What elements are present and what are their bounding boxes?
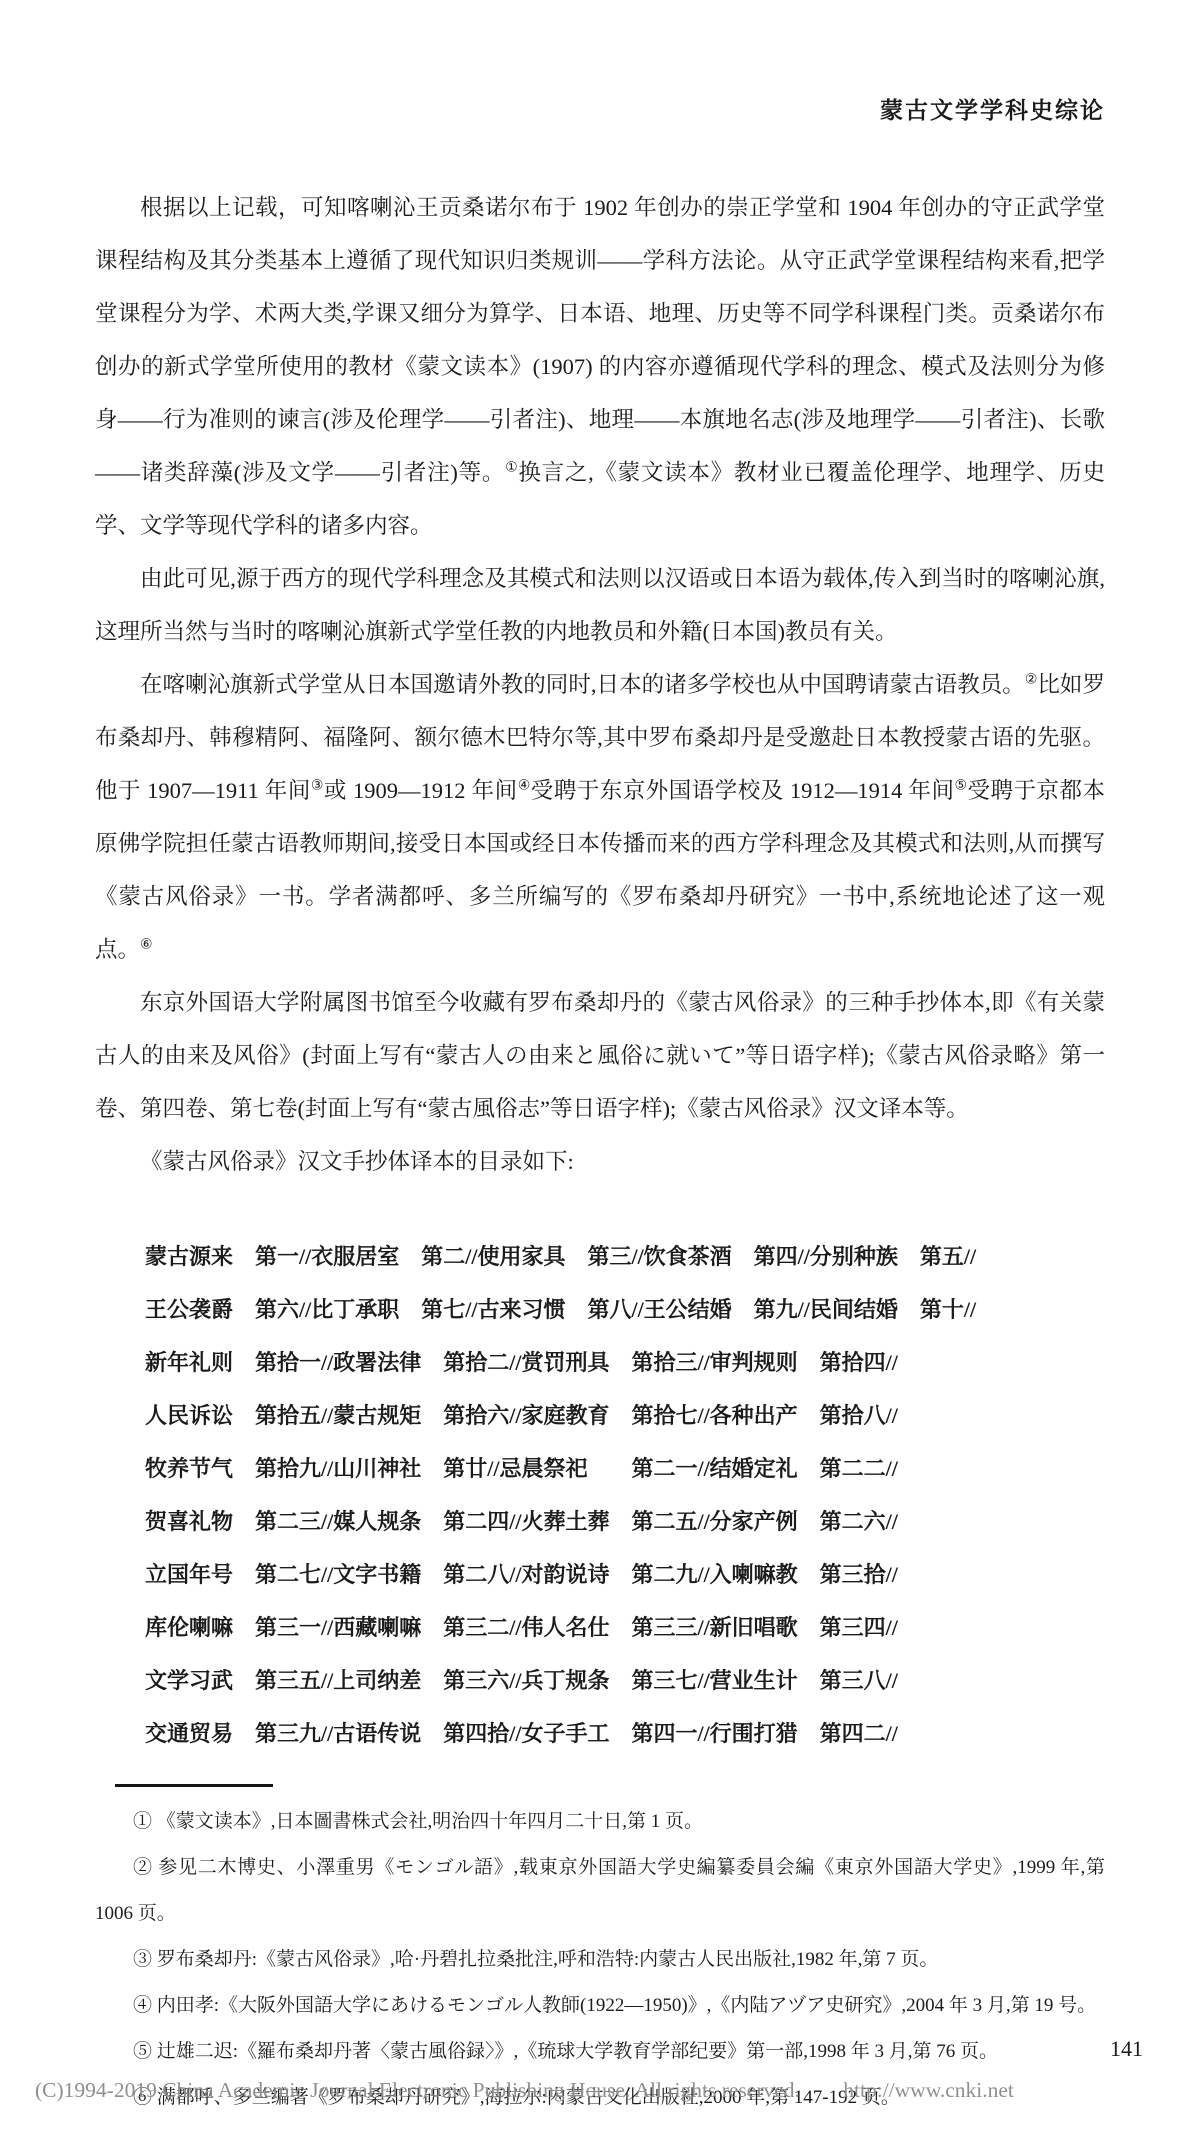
toc-row: 交通贸易 第三九//古语传说 第四拾//女子手工 第四一//行围打猎 第四二// [145, 1707, 1105, 1760]
toc-row: 人民诉讼 第拾五//蒙古规矩 第拾六//家庭教育 第拾七//各种出产 第拾八// [145, 1389, 1105, 1442]
copyright-line: (C)1994-2019 China Academic Journal Elec… [35, 2078, 1165, 2103]
paragraph-5: 《蒙古风俗录》汉文手抄体译本的目录如下: [95, 1135, 1105, 1188]
copyright-notice: (C)1994-2019 China Academic Journal Elec… [35, 2078, 800, 2102]
page-content: 蒙古文学学科史综论 根据以上记载，可知喀喇沁王贡桑诺尔布于 1902 年创办的崇… [95, 92, 1105, 2121]
toc-row: 王公袭爵 第六//比丁承职 第七//古来习惯 第八//王公结婚 第九//民间结婚… [145, 1283, 1105, 1336]
body-text: 根据以上记载，可知喀喇沁王贡桑诺尔布于 1902 年创办的崇正学堂和 1904 … [95, 181, 1105, 1188]
paragraph-3: 在喀喇沁旗新式学堂从日本国邀请外教的同时,日本的诸多学校也从中国聘请蒙古语教员。… [95, 658, 1105, 976]
footnote-item: ③ 罗布桑却丹:《蒙古风俗录》,哈·丹碧扎拉桑批注,呼和浩特:内蒙古人民出版社,… [95, 1937, 1105, 1983]
table-of-contents: 蒙古源来 第一//衣服居室 第二//使用家具 第三//饮食茶酒 第四//分别种族… [95, 1230, 1105, 1760]
toc-row: 蒙古源来 第一//衣服居室 第二//使用家具 第三//饮食茶酒 第四//分别种族… [145, 1230, 1105, 1283]
page-number: 141 [1110, 2036, 1143, 2062]
footnote-item: ① 《蒙文读本》,日本圖書株式会社,明治四十年四月二十日,第 1 页。 [95, 1799, 1105, 1845]
paragraph-1: 根据以上记载，可知喀喇沁王贡桑诺尔布于 1902 年创办的崇正学堂和 1904 … [95, 181, 1105, 552]
toc-row: 文学习武 第三五//上司纳差 第三六//兵丁规条 第三七//营业生计 第三八// [145, 1654, 1105, 1707]
footnote-separator [115, 1784, 273, 1787]
footnotes: ① 《蒙文读本》,日本圖書株式会社,明治四十年四月二十日,第 1 页。 ② 参见… [95, 1799, 1105, 2121]
toc-row: 牧养节气 第拾九//山川神社 第廿//忌晨祭祀 第二一//结婚定礼 第二二// [145, 1442, 1105, 1495]
toc-row: 贺喜礼物 第二三//媒人规条 第二四//火葬土葬 第二五//分家产例 第二六// [145, 1495, 1105, 1548]
paragraph-2: 由此可见,源于西方的现代学科理念及其模式和法则以汉语或日本语为载体,传入到当时的… [95, 552, 1105, 658]
running-head-title: 蒙古文学学科史综论 [95, 92, 1105, 125]
toc-row: 新年礼则 第拾一//政署法律 第拾二//赏罚刑具 第拾三//审判规则 第拾四// [145, 1336, 1105, 1389]
toc-row: 库伦喇嘛 第三一//西藏喇嘛 第三二//伟人名仕 第三三//新旧唱歌 第三四// [145, 1601, 1105, 1654]
journal-page: 蒙古文学学科史综论 根据以上记载，可知喀喇沁王贡桑诺尔布于 1902 年创办的崇… [0, 0, 1200, 2150]
cnki-url: http://www.cnki.net [843, 2078, 1014, 2102]
toc-row: 立国年号 第二七//文字书籍 第二八//对韵说诗 第二九//入喇嘛教 第三拾// [145, 1548, 1105, 1601]
footnote-item: ② 参见二木博史、小澤重男《モンゴル語》,载東京外国語大学史編纂委員会編《東京外… [95, 1845, 1105, 1937]
footnote-item: ④ 内田孝:《大阪外国語大学にあけるモンゴル人教師(1922—1950)》,《内… [95, 1983, 1105, 2029]
footnote-item: ⑤ 辻雄二迟:《羅布桑却丹著〈蒙古風俗録〉》,《琉球大学教育学部纪要》第一部,1… [95, 2029, 1105, 2075]
paragraph-4: 东京外国语大学附属图书馆至今收藏有罗布桑却丹的《蒙古风俗录》的三种手抄体本,即《… [95, 976, 1105, 1135]
